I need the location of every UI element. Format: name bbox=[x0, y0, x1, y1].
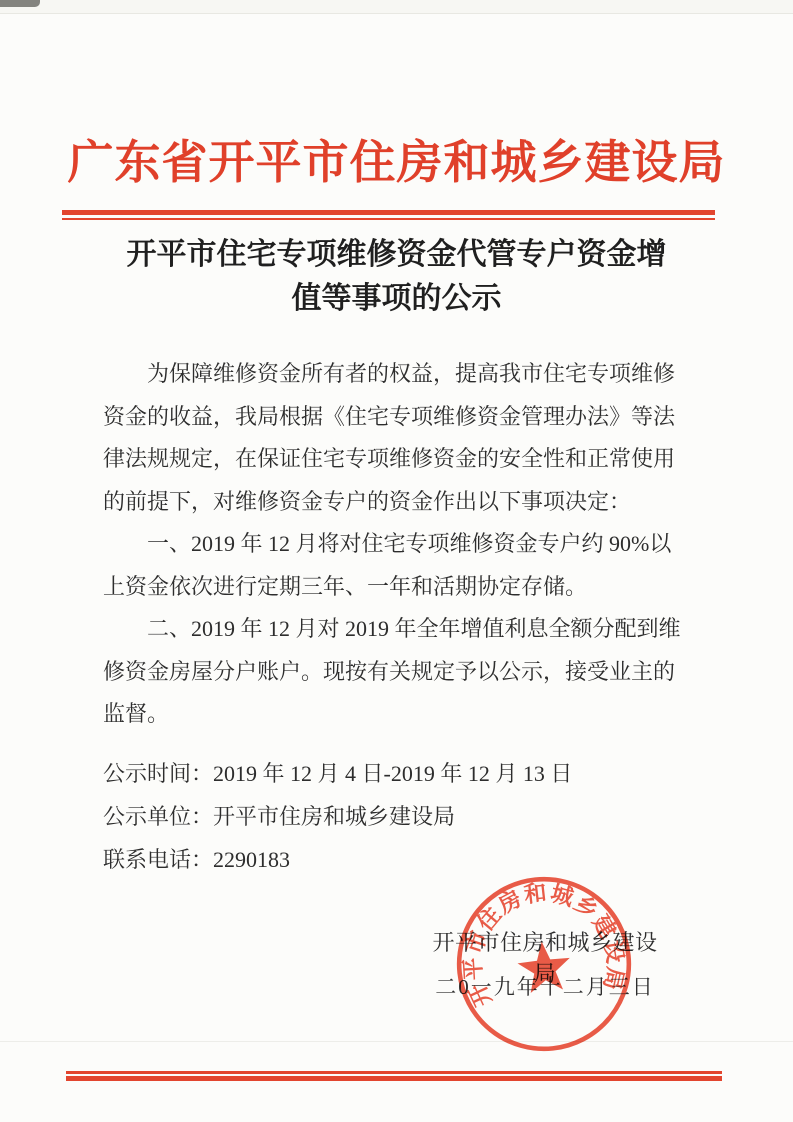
divider-bar-thick bbox=[62, 210, 715, 215]
scan-fold-line-bottom bbox=[0, 1041, 793, 1042]
contact-phone-label: 联系电话： bbox=[103, 847, 213, 872]
footer-divider-rule bbox=[66, 1071, 722, 1081]
divider-bar-thin bbox=[66, 1071, 722, 1074]
publicity-period-row: 公示时间：2019 年 12 月 4 日-2019 年 12 月 13 日 bbox=[103, 752, 572, 795]
letterhead-divider-rule bbox=[62, 210, 715, 220]
body-line: 的前提下，对维修资金专户的资金作出以下事项决定： bbox=[103, 481, 703, 524]
scan-corner-artifact bbox=[0, 0, 40, 7]
scan-top-edge bbox=[0, 0, 793, 13]
publicity-unit-row: 公示单位：开平市住房和城乡建设局 bbox=[103, 795, 572, 838]
scan-fold-line-top bbox=[0, 13, 793, 14]
contact-phone-value: 2290183 bbox=[213, 847, 290, 872]
publicity-info-block: 公示时间：2019 年 12 月 4 日-2019 年 12 月 13 日 公示… bbox=[103, 752, 572, 881]
scanned-notice-page: 广东省开平市住房和城乡建设局 开平市住宅专项维修资金代管专户资金增 值等事项的公… bbox=[0, 0, 793, 1122]
notice-body: 为保障维修资金所有者的权益，提高我市住宅专项维修 资金的收益，我局根据《住宅专项… bbox=[103, 353, 703, 736]
body-line: 修资金房屋分户账户。现按有关规定予以公示，接受业主的 bbox=[103, 651, 703, 694]
notice-title: 开平市住宅专项维修资金代管专户资金增 值等事项的公示 bbox=[0, 233, 793, 321]
body-line: 监督。 bbox=[103, 693, 703, 736]
publicity-period-value: 2019 年 12 月 4 日-2019 年 12 月 13 日 bbox=[213, 761, 572, 786]
notice-title-line2: 值等事项的公示 bbox=[292, 282, 502, 315]
publicity-unit-value: 开平市住房和城乡建设局 bbox=[213, 804, 455, 829]
publicity-unit-label: 公示单位： bbox=[103, 804, 213, 829]
official-seal: 开平市住房和城乡建设局 bbox=[443, 863, 645, 1065]
body-line: 律法规规定，在保证住宅专项维修资金的安全性和正常使用 bbox=[103, 438, 703, 481]
body-line: 一、2019 年 12 月将对住宅专项维修资金专户约 90%以 bbox=[103, 523, 703, 566]
letterhead-org-name: 广东省开平市住房和城乡建设局 bbox=[0, 130, 793, 196]
divider-bar-thin bbox=[62, 218, 715, 220]
publicity-period-label: 公示时间： bbox=[103, 761, 213, 786]
divider-bar-thick bbox=[66, 1076, 722, 1081]
notice-title-line1: 开平市住宅专项维修资金代管专户资金增 bbox=[127, 238, 667, 271]
body-line: 二、2019 年 12 月对 2019 年全年增值利息全额分配到维 bbox=[103, 608, 703, 651]
contact-phone-row: 联系电话：2290183 bbox=[103, 838, 572, 881]
seal-star-icon bbox=[516, 939, 573, 994]
body-line: 上资金依次进行定期三年、一年和活期协定存储。 bbox=[103, 566, 703, 609]
body-line: 为保障维修资金所有者的权益，提高我市住宅专项维修 bbox=[103, 353, 703, 396]
body-line: 资金的收益，我局根据《住宅专项维修资金管理办法》等法 bbox=[103, 396, 703, 439]
